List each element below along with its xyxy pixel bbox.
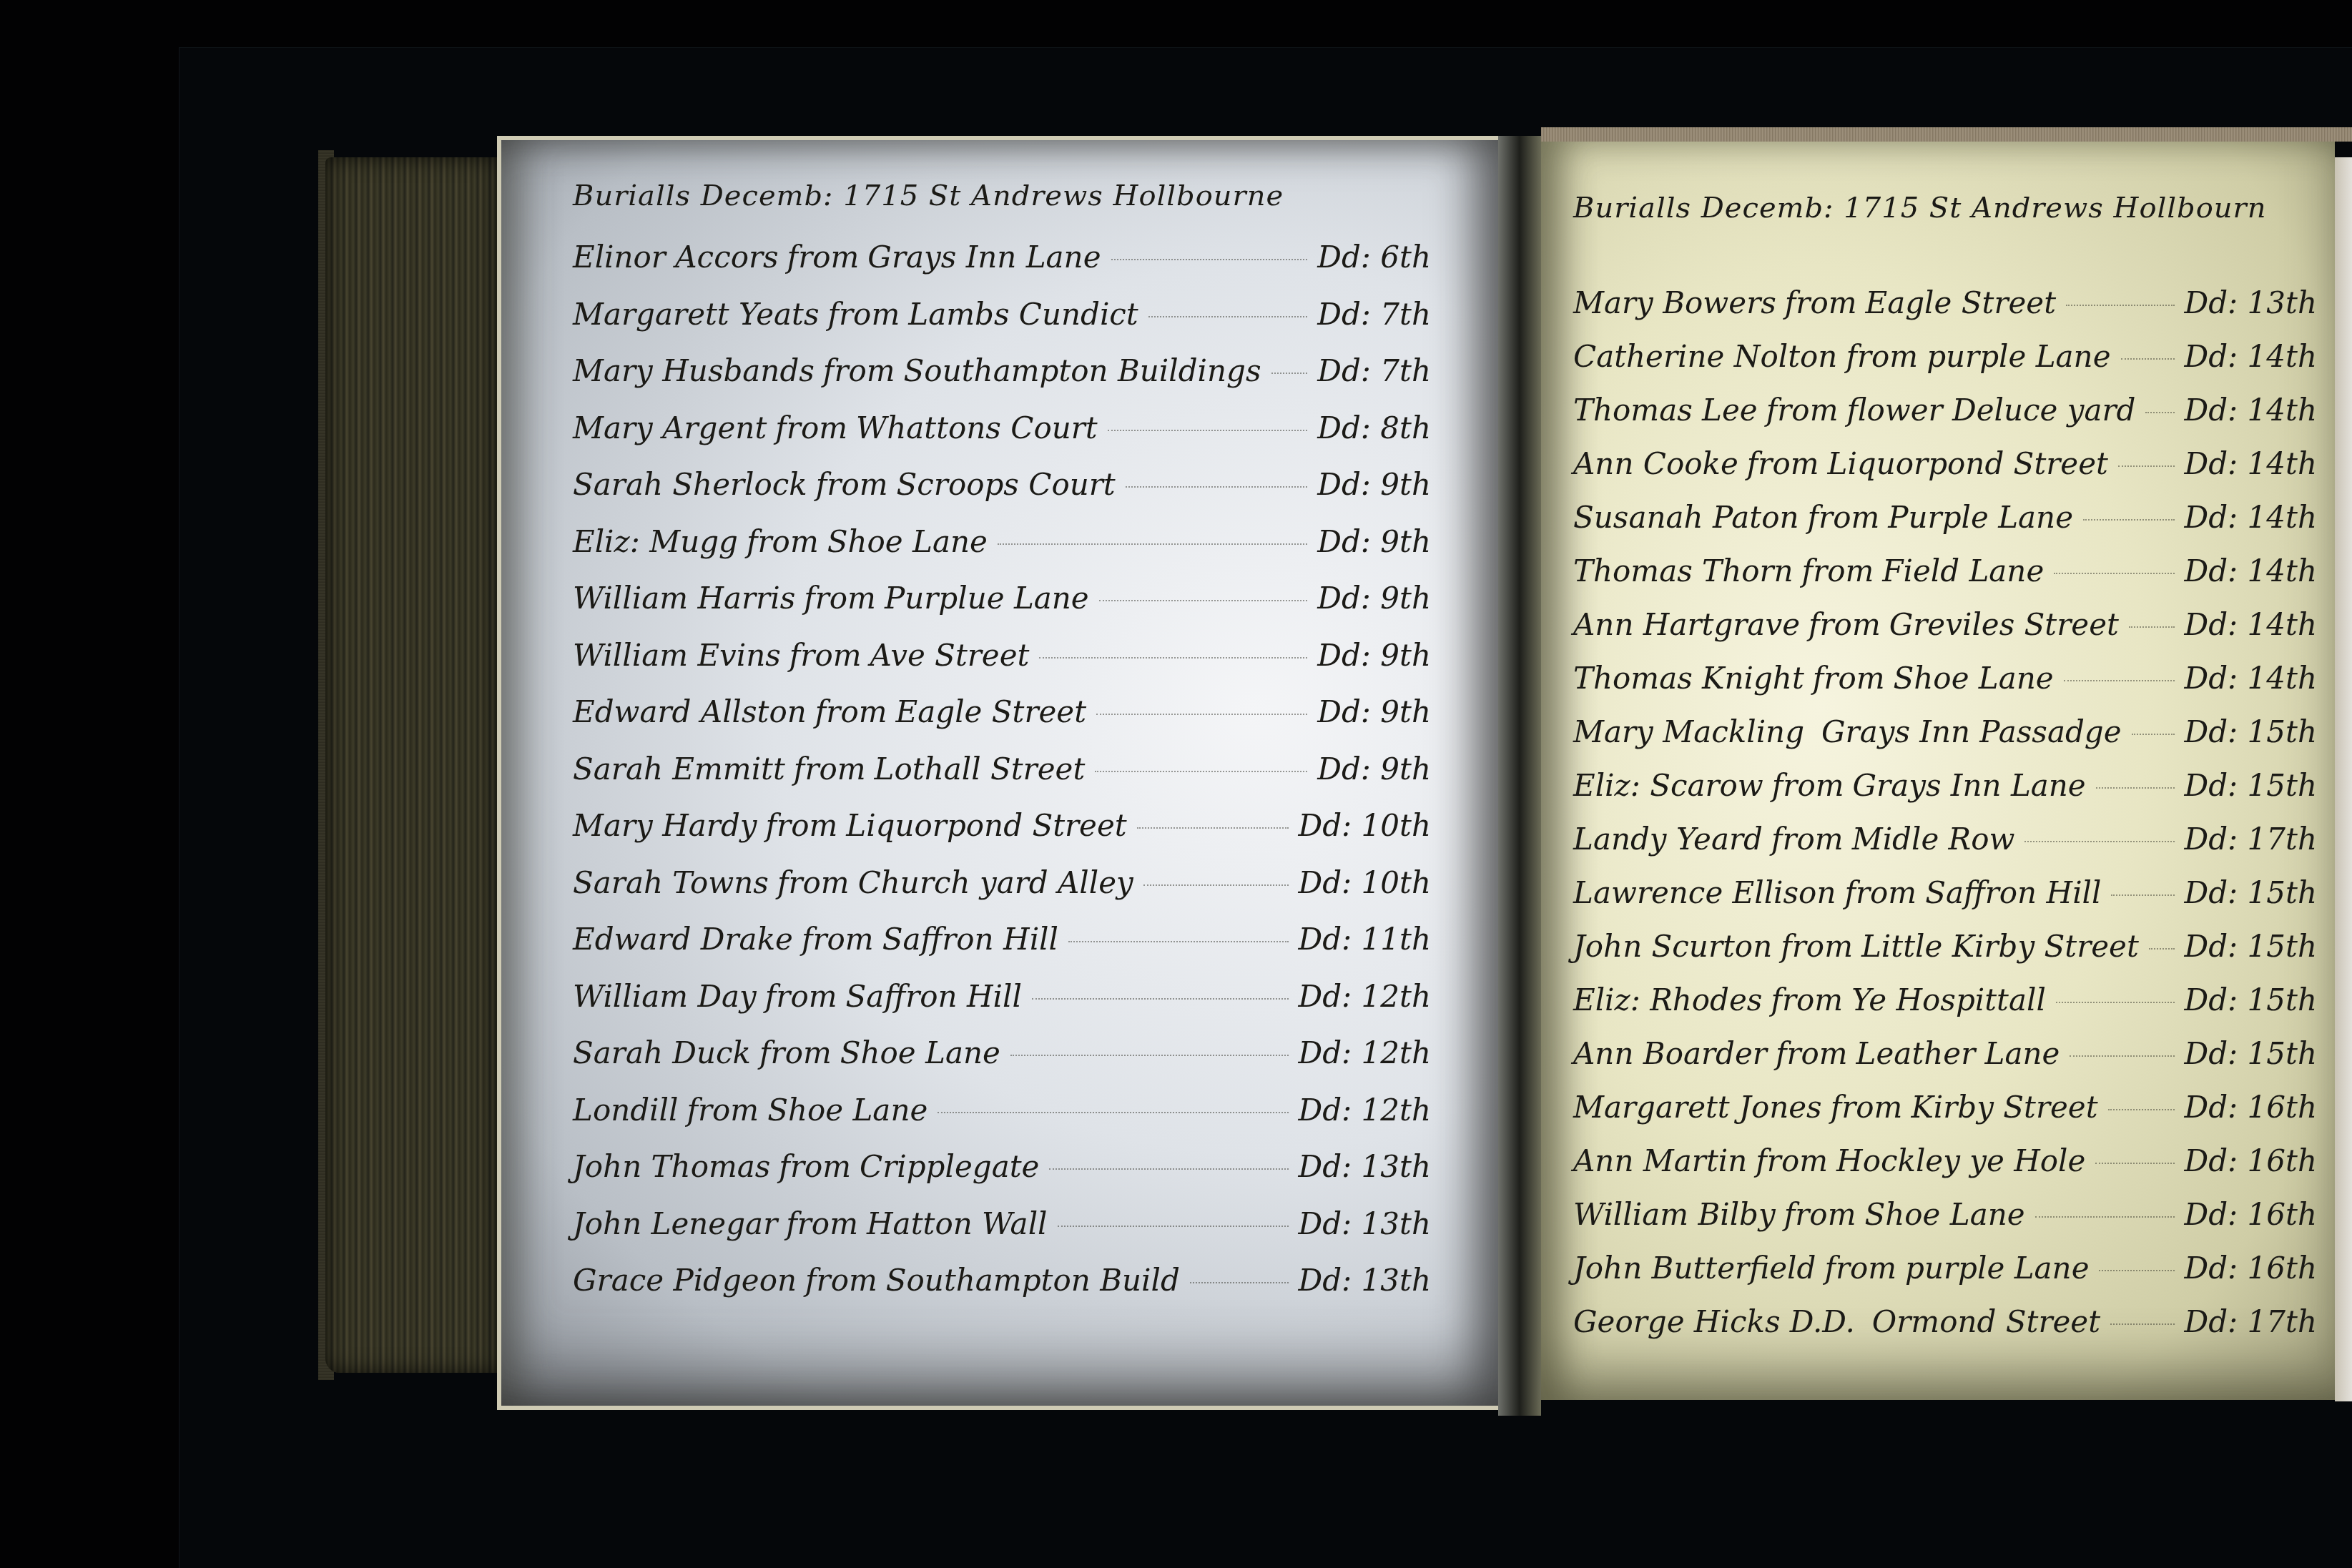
deceased-name: Margarett Yeats (573, 297, 820, 332)
burial-entry: Mary Argent from Whattons Court Dd: 8th (573, 410, 1431, 468)
burial-date: Dd: 15th (2185, 982, 2317, 1017)
deceased-name: Mary Hardy (573, 808, 757, 843)
burial-date: Dd: 12th (1299, 1093, 1431, 1128)
burial-date: Dd: 16th (2185, 1197, 2317, 1232)
residence-place: Purplue Lane (885, 581, 1089, 616)
from-word: from (794, 751, 866, 787)
residence-place: Purple Lane (1888, 500, 2073, 535)
deceased-name: Mary Husbands (573, 353, 815, 388)
burial-entry: John Butterfield from purple Lane Dd: 16… (1573, 1251, 2317, 1304)
deceased-name: Elinor Accors (573, 240, 779, 275)
from-word: from (1776, 1036, 1848, 1071)
from-word: from (779, 1149, 851, 1184)
deceased-name: Mary Argent (573, 410, 767, 445)
residence-place: Liquorpond Street (846, 808, 1126, 843)
residence-place: Liquorpond Street (1828, 446, 2108, 481)
residence-place: purple Lane (1905, 1251, 2089, 1286)
burial-date: Dd: 15th (2185, 714, 2317, 749)
dotted-leader (1137, 827, 1289, 829)
deceased-name: Edward Allston (573, 694, 807, 729)
from-word: from (1846, 339, 1918, 374)
deceased-name: Lawrence Ellison (1573, 875, 1836, 910)
page-heading: Burialls Decemb: 1715 St Andrews Hollbou… (1573, 192, 2317, 225)
residence-place: Shoe Lane (840, 1035, 1000, 1070)
burial-date: Dd: 10th (1299, 865, 1431, 900)
deceased-name: Ann Cooke (1573, 446, 1738, 481)
burial-entry-list: Elinor Accors from Grays Inn Lane Dd: 6t… (573, 240, 1431, 1320)
dotted-leader (2096, 787, 2175, 789)
dotted-leader (2035, 1216, 2175, 1218)
residence-place: Eagle Street (1866, 285, 2057, 320)
burial-date: Dd: 9th (1317, 581, 1431, 616)
right-page-block-edges (2335, 157, 2352, 1401)
open-register-book: Burialls Decemb: 1715 St Andrews Hollbou… (325, 136, 2163, 1423)
burial-date: Dd: 12th (1299, 1035, 1431, 1070)
dotted-leader (1126, 486, 1308, 488)
burial-date: Dd: 9th (1317, 524, 1431, 559)
burial-entry: Margarett Jones from Kirby Street Dd: 16… (1573, 1090, 2317, 1143)
burial-date: Dd: 12th (1299, 979, 1431, 1014)
deceased-name: Ann Martin (1573, 1143, 1747, 1178)
from-word: from (1771, 982, 1843, 1017)
page-heading: Burialls Decemb: 1715 St Andrews Hollbou… (573, 179, 1431, 212)
deceased-name: William Evins (573, 638, 781, 673)
left-page-block-edges (325, 157, 497, 1373)
burial-entry: William Evins from Ave Street Dd: 9th (573, 638, 1431, 695)
residence-place: purple Lane (1927, 339, 2110, 374)
dotted-leader (2110, 1323, 2174, 1325)
dotted-leader (1049, 1168, 1288, 1170)
dotted-leader (1068, 941, 1289, 942)
residence-place: Hockley ye Hole (1836, 1143, 2085, 1178)
dotted-leader (1111, 259, 1308, 260)
dotted-leader (1032, 998, 1289, 1000)
burial-entry: Mary Mackling Grays Inn Passadge Dd: 15t… (1573, 714, 2317, 768)
dotted-leader (2070, 1055, 2174, 1057)
from-word: from (805, 1263, 877, 1298)
burial-date: Dd: 9th (1317, 467, 1431, 502)
burial-entry: Thomas Thorn from Field Lane Dd: 14th (1573, 553, 2317, 607)
burial-entry: Eliz: Mugg from Shoe Lane Dd: 9th (573, 524, 1431, 581)
burial-entry: Ann Boarder from Leather Lane Dd: 15th (1573, 1036, 2317, 1090)
burial-entry: Susanah Paton from Purple Lane Dd: 14th (1573, 500, 2317, 553)
residence-place: Ormond Street (1872, 1304, 2100, 1339)
burial-date: Dd: 16th (2185, 1143, 2317, 1178)
deceased-name: Mary Mackling (1573, 714, 1804, 749)
deceased-name: Ann Boarder (1573, 1036, 1767, 1071)
burial-date: Dd: 15th (2185, 1036, 2317, 1071)
dotted-leader (1108, 430, 1308, 431)
from-word: from (1785, 285, 1857, 320)
residence-place: Southampton Buildings (904, 353, 1261, 388)
dotted-leader (2066, 305, 2174, 306)
burial-date: Dd: 17th (2185, 1304, 2317, 1339)
residence-place: Greviles Street (1889, 607, 2119, 642)
dotted-leader (1058, 1226, 1289, 1227)
burial-date: Dd: 13th (1299, 1206, 1431, 1241)
residence-place: Ave Street (870, 638, 1030, 673)
burial-date: Dd: 15th (2185, 768, 2317, 803)
residence-place: Lothall Street (875, 751, 1086, 787)
dotted-leader (2149, 948, 2175, 950)
burial-entry: George Hicks D.D. Ormond Street Dd: 17th (1573, 1304, 2317, 1358)
dotted-leader (2083, 519, 2175, 521)
residence-place: Saffron Hill (1925, 875, 2101, 910)
from-word: from (1802, 553, 1874, 588)
burial-date: Dd: 14th (2185, 393, 2317, 428)
residence-place: Leather Lane (1856, 1036, 2060, 1071)
dotted-leader (2024, 841, 2174, 842)
right-page: Burialls Decemb: 1715 St Andrews Hollbou… (1541, 142, 2335, 1400)
dotted-leader (2056, 1002, 2175, 1003)
from-word: from (804, 581, 876, 616)
from-word: from (815, 694, 887, 729)
deceased-name: Grace Pidgeon (573, 1263, 797, 1298)
burial-date: Dd: 7th (1317, 297, 1431, 332)
residence-place: Shoe Lane (767, 1093, 927, 1128)
from-word: from (1809, 607, 1881, 642)
burial-entry: Catherine Nolton from purple Lane Dd: 14… (1573, 339, 2317, 393)
residence-place: Grays Inn Lane (1853, 768, 2086, 803)
burial-date: Dd: 9th (1317, 751, 1431, 787)
dotted-leader (2111, 894, 2174, 896)
burial-date: Dd: 13th (1299, 1263, 1431, 1298)
residence-place: Lambs Cundict (908, 297, 1138, 332)
burial-entry: Sarah Sherlock from Scroops Court Dd: 9t… (573, 467, 1431, 524)
dotted-leader (1143, 884, 1289, 886)
burial-entry: Landy Yeard from Midle Row Dd: 17th (1573, 822, 2317, 875)
deceased-name: Sarah Emmitt (573, 751, 785, 787)
burial-entry: Londill from Shoe Lane Dd: 12th (573, 1093, 1431, 1150)
residence-place: Grays Inn Passadge (1821, 714, 2122, 749)
residence-place: Cripplegate (860, 1149, 1039, 1184)
from-word: from (766, 808, 838, 843)
from-word: from (1831, 1090, 1903, 1125)
dotted-leader (1099, 600, 1308, 601)
from-word: from (823, 353, 895, 388)
deceased-name: Thomas Knight (1573, 661, 1804, 696)
from-word: from (1824, 1251, 1896, 1286)
burial-entry: Thomas Knight from Shoe Lane Dd: 14th (1573, 661, 2317, 714)
burial-entry: Sarah Towns from Church yard Alley Dd: 1… (573, 865, 1431, 922)
burial-entry: Eliz: Rhodes from Ye Hospittall Dd: 15th (1573, 982, 2317, 1036)
from-word: from (747, 524, 819, 559)
burial-entry: Thomas Lee from flower Deluce yard Dd: 1… (1573, 393, 2317, 446)
dotted-leader (1148, 316, 1308, 317)
deceased-name: John Lenegar (573, 1206, 777, 1241)
deceased-name: Catherine Nolton (1573, 339, 1837, 374)
from-word: from (1784, 1197, 1856, 1232)
burial-entry: Mary Hardy from Liquorpond Street Dd: 10… (573, 808, 1431, 865)
dotted-leader (1039, 657, 1307, 659)
dotted-leader (2121, 358, 2175, 360)
dotted-leader (2095, 1163, 2174, 1164)
dotted-leader (2099, 1270, 2174, 1271)
burial-date: Dd: 15th (2185, 929, 2317, 964)
residence-place: Field Lane (1882, 553, 2044, 588)
burial-entry: William Bilby from Shoe Lane Dd: 16th (1573, 1197, 2317, 1251)
burial-entry: Lawrence Ellison from Saffron Hill Dd: 1… (1573, 875, 2317, 929)
residence-place: Saffron Hill (882, 922, 1058, 957)
dotted-leader (1095, 771, 1307, 772)
deceased-name: Londill (573, 1093, 678, 1128)
deceased-name: William Bilby (1573, 1197, 1776, 1232)
residence-place: flower Deluce yard (1846, 393, 2135, 428)
burial-date: Dd: 16th (2185, 1090, 2317, 1125)
from-word: from (1844, 875, 1916, 910)
burial-date: Dd: 17th (2185, 822, 2317, 857)
dotted-leader (1271, 373, 1308, 374)
burial-date: Dd: 14th (2185, 446, 2317, 481)
burial-date: Dd: 13th (2185, 285, 2317, 320)
burial-date: Dd: 9th (1317, 638, 1431, 673)
dotted-leader (2145, 412, 2174, 413)
burial-entry: Ann Cooke from Liquorpond Street Dd: 14t… (1573, 446, 2317, 500)
burial-date: Dd: 13th (1299, 1149, 1431, 1184)
from-word: from (828, 297, 900, 332)
dotted-leader (2132, 734, 2175, 735)
burial-date: Dd: 14th (2185, 339, 2317, 374)
dotted-leader (2108, 1109, 2175, 1110)
burial-date: Dd: 6th (1317, 240, 1431, 275)
deceased-name: John Thomas (573, 1149, 770, 1184)
from-word: from (816, 467, 888, 502)
burial-entry: John Scurton from Little Kirby Street Dd… (1573, 929, 2317, 982)
from-word: from (1772, 768, 1844, 803)
deceased-name: Eliz: Scarow (1573, 768, 1763, 803)
dotted-leader (938, 1112, 1288, 1113)
from-word: from (1756, 1143, 1828, 1178)
residence-place: Ye Hospittall (1851, 982, 2046, 1017)
burial-entry: Mary Bowers from Eagle Street Dd: 13th (1573, 285, 2317, 339)
deceased-name: Edward Drake (573, 922, 793, 957)
burial-entry: Edward Drake from Saffron Hill Dd: 11th (573, 922, 1431, 979)
burial-date: Dd: 7th (1317, 353, 1431, 388)
deceased-name: William Harris (573, 581, 795, 616)
burial-entry: Edward Allston from Eagle Street Dd: 9th (573, 694, 1431, 751)
deceased-name: John Butterfield (1573, 1251, 1816, 1286)
deceased-name: Sarah Duck (573, 1035, 751, 1070)
burial-entry: Elinor Accors from Grays Inn Lane Dd: 6t… (573, 240, 1431, 297)
burial-entry: Ann Martin from Hockley ye Hole Dd: 16th (1573, 1143, 2317, 1197)
burial-date: Dd: 16th (2185, 1251, 2317, 1286)
from-word: from (777, 865, 850, 900)
residence-place: Saffron Hill (846, 979, 1022, 1014)
deceased-name: Susanah Paton (1573, 500, 1799, 535)
deceased-name: William Day (573, 979, 757, 1014)
residence-place: Kirby Street (1911, 1090, 2097, 1125)
residence-place: Eagle Street (896, 694, 1087, 729)
from-word: from (789, 638, 862, 673)
burial-entry: William Day from Saffron Hill Dd: 12th (573, 979, 1431, 1036)
from-word: from (1808, 500, 1880, 535)
from-word: from (1781, 929, 1853, 964)
from-word: from (759, 1035, 832, 1070)
from-word: from (1747, 446, 1819, 481)
residence-place: Hatton Wall (867, 1206, 1048, 1241)
residence-place: Shoe Lane (1864, 1197, 2024, 1232)
burial-date: Dd: 14th (2185, 661, 2317, 696)
deceased-name: Thomas Lee (1573, 393, 1758, 428)
burial-date: Dd: 10th (1299, 808, 1431, 843)
deceased-name: John Scurton (1573, 929, 1772, 964)
burial-entry: William Harris from Purplue Lane Dd: 9th (573, 581, 1431, 638)
book-gutter (1498, 136, 1541, 1416)
from-word: from (775, 410, 847, 445)
deceased-name: Eliz: Mugg (573, 524, 738, 559)
from-word: from (787, 240, 860, 275)
deceased-name: Ann Hartgrave (1573, 607, 1800, 642)
dotted-leader (2118, 465, 2175, 467)
burial-date: Dd: 14th (2185, 500, 2317, 535)
deceased-name: Margarett Jones (1573, 1090, 1822, 1125)
left-page: Burialls Decemb: 1715 St Andrews Hollbou… (497, 136, 1502, 1410)
deceased-name: Landy Yeard (1573, 822, 1763, 857)
burial-entry: Ann Hartgrave from Greviles Street Dd: 1… (1573, 607, 2317, 661)
dotted-leader (998, 543, 1307, 545)
from-word: from (1813, 661, 1885, 696)
left-page-content: Burialls Decemb: 1715 St Andrews Hollbou… (573, 179, 1431, 1320)
from-word: from (687, 1093, 759, 1128)
burial-entry: Grace Pidgeon from Southampton Build Dd:… (573, 1263, 1431, 1320)
burial-date: Dd: 8th (1317, 410, 1431, 445)
from-word: from (802, 922, 874, 957)
burial-entry: Sarah Emmitt from Lothall Street Dd: 9th (573, 751, 1431, 809)
dotted-leader (2129, 626, 2175, 628)
residence-place: Whattons Court (856, 410, 1098, 445)
residence-place: Shoe Lane (827, 524, 988, 559)
deceased-name: Mary Bowers (1573, 285, 1776, 320)
deceased-name: Sarah Towns (573, 865, 769, 900)
burial-date: Dd: 14th (2185, 553, 2317, 588)
residence-place: Midle Row (1852, 822, 2015, 857)
burial-date: Dd: 15th (2185, 875, 2317, 910)
burial-entry: John Lenegar from Hatton Wall Dd: 13th (573, 1206, 1431, 1263)
burial-entry: Mary Husbands from Southampton Buildings… (573, 353, 1431, 410)
residence-place: Grays Inn Lane (867, 240, 1101, 275)
right-page-content: Burialls Decemb: 1715 St Andrews Hollbou… (1573, 192, 2317, 1358)
dotted-leader (1096, 714, 1307, 715)
burial-entry: Margarett Yeats from Lambs Cundict Dd: 7… (573, 297, 1431, 354)
dotted-leader (1190, 1282, 1289, 1283)
burial-entry: Sarah Duck from Shoe Lane Dd: 12th (573, 1035, 1431, 1093)
dotted-leader (2054, 573, 2174, 574)
burial-entry: Eliz: Scarow from Grays Inn Lane Dd: 15t… (1573, 768, 2317, 822)
residence-place: Church yard Alley (858, 865, 1133, 900)
from-word: from (1771, 822, 1844, 857)
deceased-name: Thomas Thorn (1573, 553, 1793, 588)
burial-date: Dd: 14th (2185, 607, 2317, 642)
right-cover-top-edge (1541, 127, 2352, 142)
burial-entry: John Thomas from Cripplegate Dd: 13th (573, 1149, 1431, 1206)
residence-place: Southampton Build (886, 1263, 1180, 1298)
deceased-name: Eliz: Rhodes (1573, 982, 1762, 1017)
residence-place: Little Kirby Street (1861, 929, 2139, 964)
dotted-leader (1010, 1055, 1289, 1056)
burial-entry-list: Mary Bowers from Eagle Street Dd: 13th C… (1573, 285, 2317, 1358)
from-word: from (765, 979, 837, 1014)
deceased-name: Sarah Sherlock (573, 467, 807, 502)
dotted-leader (2064, 680, 2175, 681)
burial-date: Dd: 11th (1299, 922, 1431, 957)
residence-place: Shoe Lane (1894, 661, 2054, 696)
residence-place: Scroops Court (897, 467, 1116, 502)
burial-date: Dd: 9th (1317, 694, 1431, 729)
deceased-name: George Hicks D.D. (1573, 1304, 1855, 1339)
from-word: from (1766, 393, 1839, 428)
from-word: from (786, 1206, 858, 1241)
